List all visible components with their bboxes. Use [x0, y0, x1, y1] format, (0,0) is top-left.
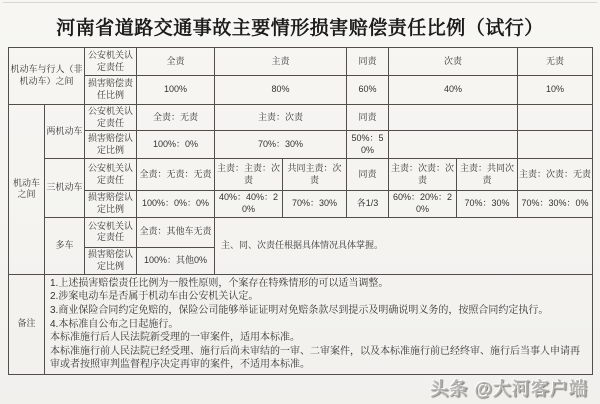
- cell-ratio: 80%: [215, 76, 347, 105]
- header-police-responsibility: 公安机关认定责任: [85, 217, 137, 247]
- cell-responsibility: 主责：主责：次责: [215, 159, 283, 191]
- table-row: 多车 公安机关认定责任 全责：其他车无责 主、同、次责任根据具体情况具体掌握。: [9, 217, 593, 247]
- cell-responsibility: 主责: [215, 48, 347, 76]
- header-damage-ratio: 损害赔偿认定比例: [85, 191, 137, 217]
- cell-ratio: 60%：20%：20%: [389, 191, 457, 217]
- row-group-label-pedestrian: 机动车与行人（非机动车）之间: [9, 48, 85, 105]
- cell-ratio: 70%：30%: [457, 191, 518, 217]
- remark-line: 本标准施行后人民法院新受理的一审案件，适用本标准。: [50, 331, 588, 345]
- cell-responsibility: 主责：次责: [215, 105, 347, 131]
- cell-responsibility: 主责：次责：次责: [389, 159, 457, 191]
- cell-responsibility: 同责: [347, 48, 389, 76]
- photo-edge-line: [3, 2, 597, 3]
- row-label-three-vehicles: 三机动车: [45, 159, 85, 217]
- remark-line: 4.本标准自公布之日起施行。: [50, 318, 588, 332]
- cell-responsibility: 无责: [518, 48, 593, 76]
- cell-ratio: 50%：50%: [347, 131, 389, 159]
- cell-responsibility: 全责：无责: [137, 105, 215, 131]
- header-damage-ratio: 损害赔偿认定比例: [85, 131, 137, 159]
- row-group-label-vehicles: 机动车之间: [9, 105, 45, 275]
- header-police-responsibility: 公安机关认定责任: [85, 105, 137, 131]
- cell-responsibility: 全责: [137, 48, 215, 76]
- table-row: 三机动车 公安机关认定责任 全责：无责：无责 主责：主责：次责 共同主责：次责 …: [9, 159, 593, 191]
- table-row: 损害赔偿责任比例 100% 80% 60% 40% 10%: [9, 76, 593, 105]
- cell-ratio: 100%：0%: [137, 131, 215, 159]
- header-damage-ratio: 损害赔偿责任比例: [85, 76, 137, 105]
- cell-ratio: 100%：0%：0%: [137, 191, 215, 217]
- cell-ratio: 70%：30%：0%: [518, 191, 593, 217]
- empty-cell: [518, 105, 593, 131]
- header-police-responsibility: 公安机关认定责任: [85, 159, 137, 191]
- document-page: 河南省道路交通事故主要情形损害赔偿责任比例（试行） 机动车与行人（非机动车）之间…: [0, 0, 600, 404]
- empty-cell: [389, 105, 518, 131]
- cell-ratio: 40%：40%：20%: [215, 191, 283, 217]
- cell-ratio: 100%：其他0%: [137, 247, 215, 274]
- cell-ratio: 各1/3: [347, 191, 389, 217]
- cell-responsibility: 全责：其他车无责: [137, 217, 215, 247]
- liability-ratio-table: 机动车与行人（非机动车）之间 公安机关认定责任 全责 主责 同责 次责 无责 损…: [8, 47, 593, 375]
- row-label-two-vehicles: 两机动车: [45, 105, 85, 159]
- remark-line: 2.涉案电动车是否属于机动车由公安机关认定。: [50, 290, 588, 304]
- cell-responsibility: 主责：次责：无责: [518, 159, 593, 191]
- cell-ratio: 100%: [137, 76, 215, 105]
- row-label-multi-vehicles: 多车: [45, 217, 85, 274]
- cell-responsibility: 次责: [389, 48, 518, 76]
- cell-ratio: 10%: [518, 76, 593, 105]
- header-damage-ratio: 损害赔偿认定比例: [85, 247, 137, 274]
- remark-line: 1.上述损害赔偿责任比例为一般性原则，个案存在特殊情形的可以适当调整。: [50, 277, 588, 291]
- table-row: 机动车之间 两机动车 公安机关认定责任 全责：无责 主责：次责 同责: [9, 105, 593, 131]
- page-title: 河南省道路交通事故主要情形损害赔偿责任比例（试行）: [0, 13, 600, 40]
- remark-line: 3.商业保险合同约定免赔的，保险公司能够举证证明对免赔条款尽到提示及明确说明义务…: [50, 304, 588, 318]
- cell-ratio: 60%: [347, 76, 389, 105]
- toutiao-watermark: 头条 @大河客户端: [430, 375, 588, 401]
- table-row: 备注 1.上述损害赔偿责任比例为一般性原则，个案存在特殊情形的可以适当调整。 2…: [9, 274, 593, 374]
- table-row: 机动车与行人（非机动车）之间 公安机关认定责任 全责 主责 同责 次责 无责: [9, 48, 593, 76]
- cell-responsibility: 共同主责：次责: [283, 159, 347, 191]
- empty-cell: [518, 131, 593, 159]
- cell-responsibility: 全责：无责：无责: [137, 159, 215, 191]
- cell-ratio: 70%：30%: [283, 191, 347, 217]
- cell-responsibility: 同责: [347, 105, 389, 131]
- cell-responsibility: 同责: [347, 159, 389, 191]
- multi-vehicle-note: 主、同、次责任根据具体情况具体掌握。: [215, 217, 593, 274]
- table-row: 损害赔偿认定比例 100%：0%：0% 40%：40%：20% 70%：30% …: [9, 191, 593, 217]
- header-police-responsibility: 公安机关认定责任: [85, 48, 137, 76]
- remarks-label: 备注: [9, 274, 45, 374]
- remark-line: 本标准施行前人民法院已经受理、施行后尚未审结的一审、二审案件，以及本标准施行前已…: [50, 345, 588, 372]
- cell-responsibility: 主责：共同次责: [457, 159, 518, 191]
- empty-cell: [389, 131, 518, 159]
- cell-ratio: 40%: [389, 76, 518, 105]
- remarks-cell: 1.上述损害赔偿责任比例为一般性原则，个案存在特殊情形的可以适当调整。 2.涉案…: [45, 274, 593, 374]
- cell-ratio: 70%：30%: [215, 131, 347, 159]
- table-row: 损害赔偿认定比例 100%：0% 70%：30% 50%：50%: [9, 131, 593, 159]
